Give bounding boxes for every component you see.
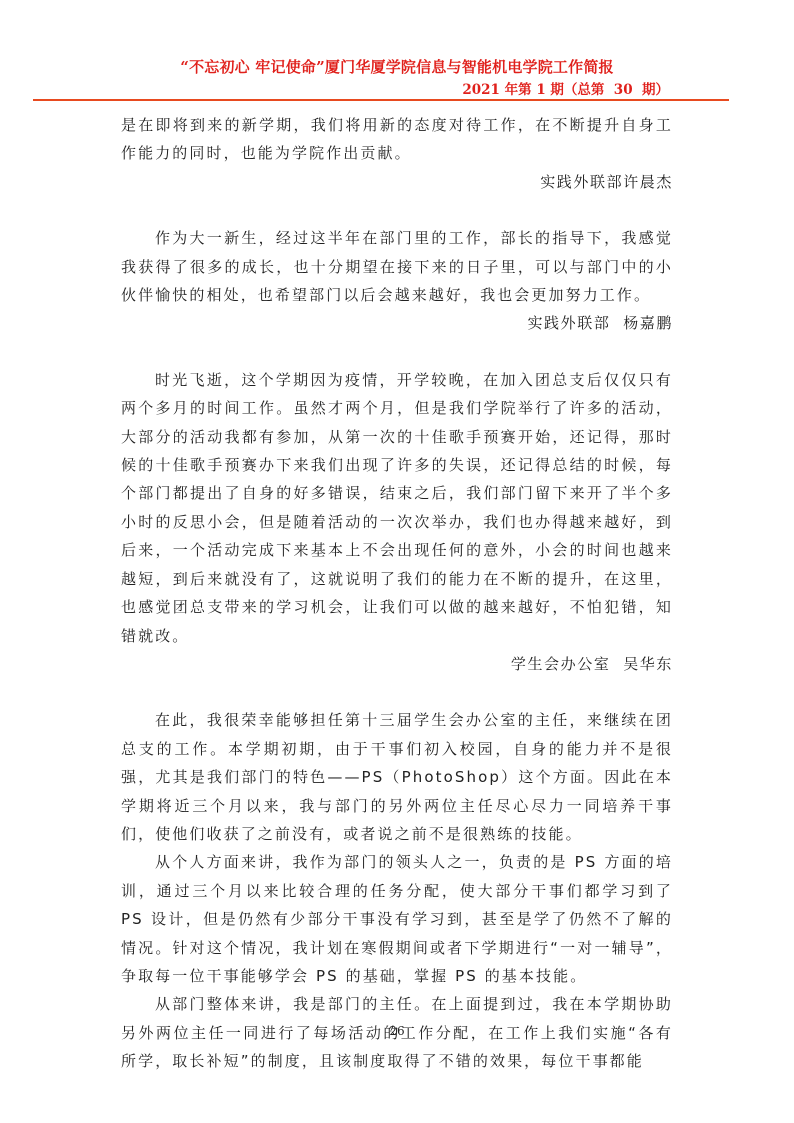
section-gap — [121, 196, 673, 224]
paragraph: 从个人方面来讲，我作为部门的领头人之一，负责的是 PS 方面的培训，通过三个月以… — [121, 848, 673, 990]
section-gap — [121, 678, 673, 706]
author-signature: 实践外联部许晨杰 — [121, 168, 673, 196]
header-divider — [33, 99, 729, 101]
author-signature: 实践外联部 杨嘉鹏 — [121, 309, 673, 337]
bulletin-title: “不忘初心 牢记使命”厦门华厦学院信息与智能机电学院工作简报 — [0, 56, 794, 77]
paragraph: 时光飞逝，这个学期因为疫情，开学较晚，在加入团总支后仅仅只有两个多月的时间工作。… — [121, 366, 673, 650]
paragraph: 是在即将到来的新学期，我们将用新的态度对待工作，在不断提升自身工作能力的同时，也… — [121, 111, 673, 168]
issue-number: 2021 年第 1 期（总第 30 期） — [462, 78, 669, 98]
page-number: 26 — [0, 1024, 794, 1038]
document-body: 是在即将到来的新学期，我们将用新的态度对待工作，在不断提升自身工作能力的同时，也… — [121, 111, 673, 1076]
section-gap — [121, 338, 673, 366]
paragraph: 作为大一新生，经过这半年在部门里的工作，部长的指导下，我感觉我获得了很多的成长，… — [121, 224, 673, 309]
paragraph: 在此，我很荣幸能够担任第十三届学生会办公室的主任，来继续在团总支的工作。本学期初… — [121, 706, 673, 848]
author-signature: 学生会办公室 吴华东 — [121, 650, 673, 678]
